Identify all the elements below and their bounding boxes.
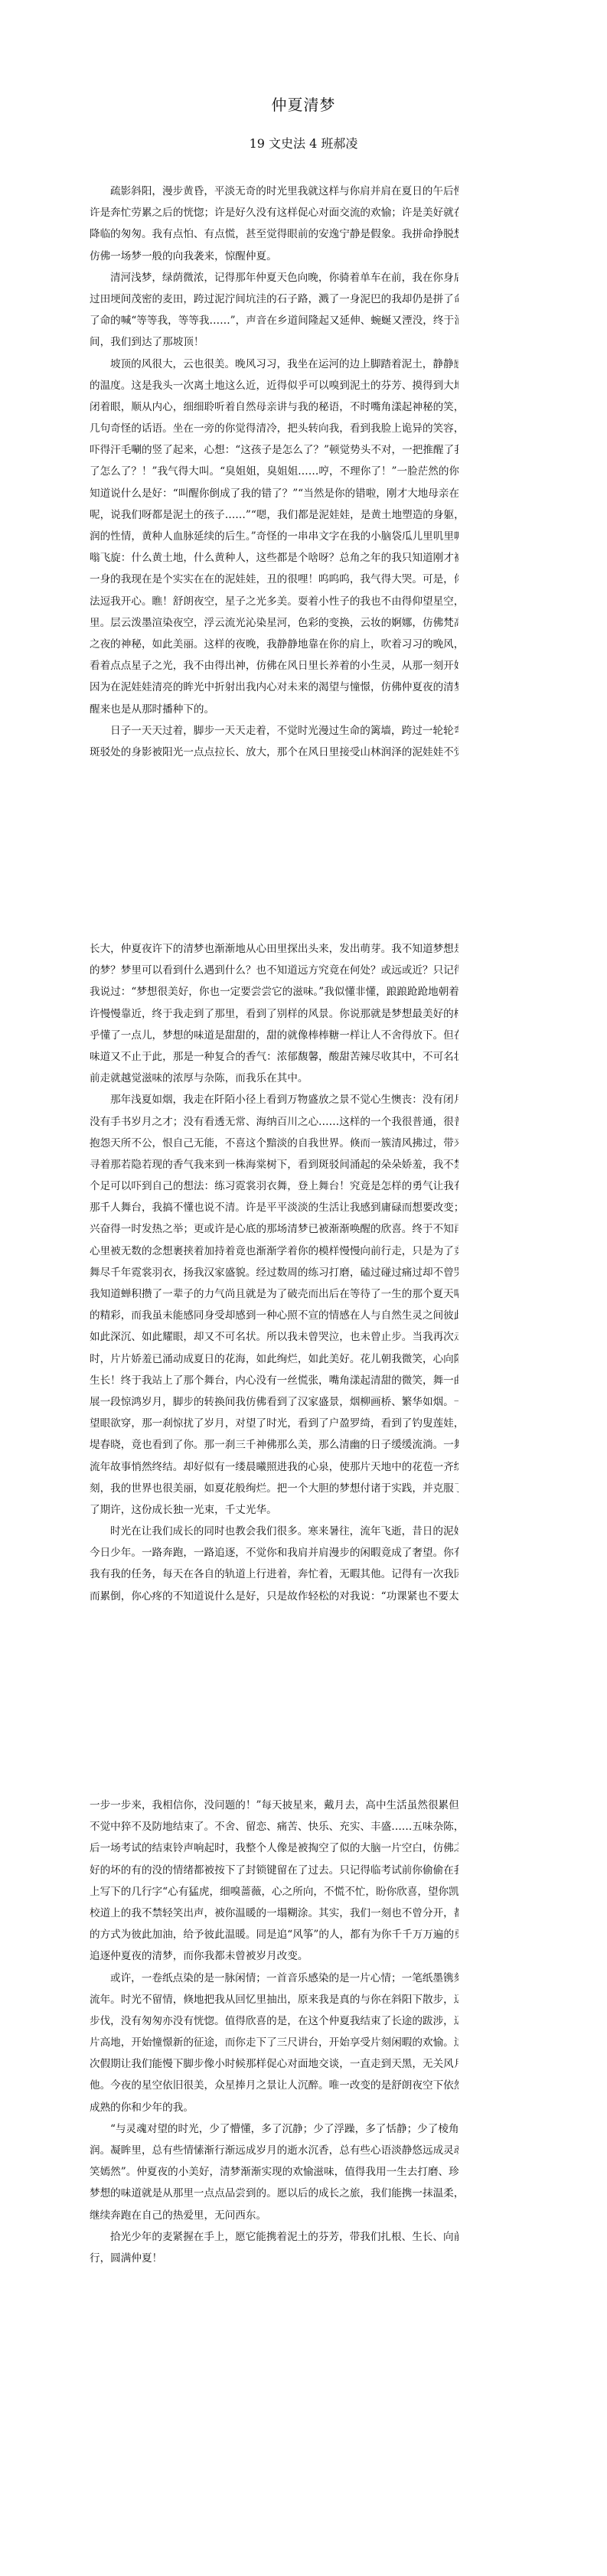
text-line: 的温度。这是我头一次离土地这么近，近得似乎可以嗅到泥土的芬芳、摸得到大地的心跳。 <box>90 375 459 396</box>
text-line: 因为在泥娃娃清亮的眸光中折射出我内心对未来的渴望与憧憬，仿佛仲夏夜的清梦是从那时 <box>90 677 459 698</box>
text-line: 刻，我的世界也很美丽，如夏花般绚烂。把一个大胆的梦想付诸于实践，并克服了困难完成 <box>90 1478 459 1499</box>
text-line: 后一场考试的结束铃声响起时，我整个人像是被掏空了似的大脑一片空白，仿佛之前那些个 <box>90 1837 459 1859</box>
text-line: 那千人舞台，我搞不懂也说不清。许是平平淡淡的生活让我感到庸碌而想要改变；许是头脑 <box>90 1197 459 1218</box>
text-line: 追逐仲夏夜的清梦，而你我都未曾被岁月改变。 <box>90 1945 459 1967</box>
text-line: 抱怨天所不公，恨自己无能，不喜这个黯淡的自我世界。倏而一簇清风拂过，带来片片馨香… <box>90 1133 459 1154</box>
text-line: 的方式为彼此加油，给予彼此温暖。同是追“风筝”的人，都有为你千千万万遍的勇气，一… <box>90 1924 459 1945</box>
text-line: 成熟的你和少年的我。 <box>90 2097 459 2118</box>
text-line: 流年故事悄然终结。却好似有一缕晨曦照进我的心泉，使那片天地中的花苞一齐绽放。那一 <box>90 1456 459 1478</box>
text-line: 日子一天天过着，脚步一天天走着，不觉时光漫过生命的篱墙，跨过一轮轮弯月，树影 <box>90 720 459 742</box>
text-line: 好的坏的有的没的情绪都被按下了封锁键留在了过去。只记得临考试前你偷偷在我试卷扉页 <box>90 1860 459 1881</box>
text-line: 拾光少年的麦紧握在手上，愿它能携着泥土的芬芳，带我们扎根、生长、向前，向梦而 <box>90 2226 459 2248</box>
text-line: 寻着那若隐若现的香气我来到一株海棠树下，看到斑驳间涌起的朵朵娇羞，我不禁萌生出一 <box>90 1154 459 1176</box>
text-line: 许是奔忙劳累之后的恍惚；许是好久没有这样促心对面交流的欢愉；许是美好就在不经意间 <box>90 202 459 223</box>
text-line: 呢，说我们呀都是泥土的孩子……”“嗯，我们都是泥娃娃，是黄土地塑造的身躯，黄河水… <box>90 504 459 526</box>
page-2-body: 长大，仲夏夜许下的清梦也渐渐地从心田里探出头来，发出萌芽。我不知道梦想是个什么样… <box>90 938 459 1607</box>
text-line: 了命的喊“等等我，等等我……”，声音在乡道间隆起又延伸、蜿蜒又湮没，终于消失在田… <box>90 310 459 331</box>
text-line: 清河浅梦，绿荫微浓，记得那年仲夏天色向晚，你骑着单车在前，我在你身后紧追，穿 <box>90 267 459 289</box>
text-line: 如此深沉、如此耀眼，却又不可名状。所以我未曾哭泣，也未曾止步。当我再次走到那小径 <box>90 1326 459 1348</box>
text-line: 继续奔跑在自己的热爱里，无问西东。 <box>90 2205 459 2226</box>
text-line: 嗡飞旋：什么黄土地，什么黄种人，这些都是个啥呀？总角之年的我只知道刚才被泥土溅了 <box>90 547 459 569</box>
text-line: 疏影斜阳，漫步黄昏，平淡无奇的时光里我就这样与你肩并肩在夏日的午后慢慢走过。 <box>90 181 459 202</box>
text-line: 个足可以吓到自己的想法：练习霓裳羽衣舞，登上舞台！究竟是怎样的勇气让我有胆量走上 <box>90 1176 459 1197</box>
text-line: 望眼欲穿，那一刹惊扰了岁月，对望了时光，看到了户盈罗绮，看到了钓叟莲娃，看到了苏 <box>90 1413 459 1434</box>
text-line: 今日少年。一路奔跑，一路追逐，不觉你和我肩并肩漫步的闲暇竟成了奢望。你有你的事业… <box>90 1542 459 1564</box>
text-line: 法逗我开心。瞧！舒朗夜空，星子之光多美。耍着小性子的我也不由得仰望星空，看皓月千 <box>90 591 459 612</box>
text-line: 的精彩，而我虽未能感同身受却感到一种心照不宣的情感在人与自然生灵之间彼此关联着， <box>90 1305 459 1326</box>
text-line: 看着点点星子之光，我不由得出神，仿佛在风日里长养着的小生灵，从那一刻开始发生变化… <box>90 655 459 677</box>
text-line: 了怎么了？！”我气得大叫。“臭姐姐，臭姐姐……哼，不理你了！”一脸茫然的你一时竟… <box>90 461 459 482</box>
page-1-body: 疏影斜阳，漫步黄昏，平淡无奇的时光里我就这样与你肩并肩在夏日的午后慢慢走过。许是… <box>90 181 459 763</box>
text-line: 时光在让我们成长的同时也教会我们很多。寒来暑往，流年飞逝，昔日的泥娃娃已长成 <box>90 1521 459 1542</box>
text-line: 闭着眼，顺从内心，细细聆听着自然母亲讲与我的秘语，不时嘴角漾起神秘的笑，偶尔嘀咕 <box>90 396 459 418</box>
text-line: 润。凝眸里，总有些情愫渐行渐远成岁月的逝水沉香，总有些心语淡静悠远成灵魂深处的巧 <box>90 2140 459 2161</box>
text-line: 坡顶的风很大，云也很美。晚风习习，我坐在运河的边上脚踏着泥土，静静感受着土地 <box>90 354 459 375</box>
text-line: 而累倒，你心疼的不知道说什么是好，只是故作轻松的对我说：“功课紧也不要太拼命，要 <box>90 1586 459 1607</box>
text-line: 我知道蝉积攒了一辈子的力气尚且就是为了破壳而出后在等待了一生的那个夏天唱出自己 <box>90 1283 459 1305</box>
text-line: “与灵魂对望的时光，少了懵懂，多了沉静；少了浮躁，多了恬静；少了棱角，多了圆 <box>90 2118 459 2140</box>
text-line: 仿佛一场梦一般的向我袭来，惊醒仲夏。 <box>90 246 459 267</box>
text-line: 里。层云泼墨渲染夜空，浮云流光沁染星河，色彩的变换，云妆的婀娜，仿佛梵高笔下星空 <box>90 612 459 634</box>
text-line: 味道又不止于此，那是一种复合的香气：浓郁馥馨，酸甜苦辣尽收其中，不可名状，越是往 <box>90 1046 459 1068</box>
text-line: 没有手书岁月之才；没有看透无常、海纳百川之心……这样的一个我很普通，很普通。会去 <box>90 1111 459 1133</box>
text-line: 流年。时光不留情，倏地把我从回忆里抽出，原来我是真的与你在斜阳下散步，迈着清闲地 <box>90 1989 459 2010</box>
text-line: 前走就越觉滋味的浓厚与杂陈，而我乐在其中。 <box>90 1068 459 1089</box>
text-line: 长大，仲夏夜许下的清梦也渐渐地从心田里探出头来，发出萌芽。我不知道梦想是个什么样 <box>90 938 459 960</box>
text-line: 许慢慢靠近，终于我走到了那里，看到了别样的风景。你说那就是梦想最美好的样子。我似 <box>90 1003 459 1025</box>
text-line: 行，圆满仲夏！ <box>90 2248 459 2269</box>
text-line: 片高地，开始憧憬新的征途，而你走下了三尺讲台，开始享受片刻闲暇的欢愉。这难得的一 <box>90 2032 459 2053</box>
text-line: 了期许，这份成长独一光束，千丈光华。 <box>90 1499 459 1521</box>
text-line: 或许，一卷纸点染的是一脉闲情；一首音乐感染的是一片心情；一笔纸墨镌刻的是似水 <box>90 1968 459 1989</box>
text-line: 吓得汗毛唰的竖了起来，心想：“这孩子是怎么了？”顿觉势头不对，一把推醒了我。“怎… <box>90 439 459 461</box>
text-line: 梦想的味道就是从那里一点点品尝到的。愿以后的成长之旅，我们能携一抹温柔，淡守恬静… <box>90 2183 459 2204</box>
text-line: 过田埂间茂密的麦田，跨过泥泞间坑洼的石子路，溅了一身泥巴的我却仍是拼了命的追，没 <box>90 289 459 310</box>
text-line: 次假期让我们能慢下脚步像小时候那样促心对面地交谈，一直走到天黑，无关风月亦无关其 <box>90 2053 459 2075</box>
text-line: 时，片片娇羞已涌动成夏日的花海，如此绚烂，如此美好。花儿朝我微笑，心向阳光，不惧 <box>90 1348 459 1370</box>
text-line: 上写下的几行字“心有猛虎，细嗅蔷薇，心之所向，不慌不忙，盼你欣喜，望你凯旋！”走… <box>90 1881 459 1903</box>
document-title: 仲夏清梦 <box>0 95 607 115</box>
text-line: 堤春晓，竟也看到了你。那一刹三千神佛那么美，那么清幽的日子缓缓流淌。一舞毕，一段 <box>90 1434 459 1456</box>
text-line: 间，我们到达了那坡顶！ <box>90 331 459 353</box>
text-line: 知道说什么是好：“叫醒你倒成了我的错了？”“当然是你的错啦，刚才大地母亲在同我说… <box>90 483 459 504</box>
page-3-body: 一步一步来，我相信你，没问题的！”每天披星来，戴月去，高中生活虽然很累但也在不知… <box>90 1795 459 2269</box>
text-line: 几句奇怪的话语。坐在一旁的你觉得清冷，把头转向我，看到我脸上诡异的笑容，不觉阴森 <box>90 418 459 439</box>
text-line: 校道上的我不禁轻笑出声，被你温暖的一塌糊涂。其实，我们一刻也不曾分开，都在用各自 <box>90 1903 459 1924</box>
text-line: 兴奋得一时发热之举；更或许是心底的那场清梦已被渐渐唤醒的欣喜。终于不知再也不知， <box>90 1218 459 1240</box>
text-line: 不觉中猝不及防地结束了。不舍、留恋、痛苦、快乐、充实、丰盛……五味杂陈，当高考最 <box>90 1816 459 1837</box>
text-line: 之夜的神秘，如此美丽。这样的夜晚，我静静地靠在你的肩上，吹着习习的晚风，仰望星空 <box>90 634 459 655</box>
text-line: 他。今夜的星空依旧很美，众星捧月之景让人沉醉。唯一改变的是舒朗夜空下依然行走着的 <box>90 2075 459 2096</box>
text-line: 润的性情，黄种人血脉延续的后生。”奇怪的一串串文字在我的小脑袋瓜儿里叽里呱啦地嗡 <box>90 526 459 547</box>
text-line: 醒来也是从那时播种下的。 <box>90 699 459 720</box>
text-line: 一身的我现在是个实实在在的泥娃娃，丑的很哩！呜呜呜，我气得大哭。可是，你总是有办 <box>90 569 459 590</box>
text-line: 舞尽千年霓裳羽衣，扬我汉家盛貌。经过数周的练习打磨，磕过碰过痛过却不曾哭过，因为 <box>90 1262 459 1283</box>
text-line: 那年浅夏如烟，我走在阡陌小径上看到万物盛放之景不觉心生懊丧：没有闭月羞花之容； <box>90 1089 459 1110</box>
text-line: 展一段惊鸿岁月，脚步的转换间我仿佛看到了汉家盛景，烟柳画桥、繁华如烟。一眼千年， <box>90 1391 459 1413</box>
text-line: 生长！终于我站上了那个舞台，内心没有一丝慌张，嘴角漾起清甜的微笑，舞一曲霓裳羽衣… <box>90 1370 459 1391</box>
text-line: 的梦？梦里可以看到什么遇到什么？也不知道远方究竟在何处？或远或近？只记得你曾跟 <box>90 960 459 981</box>
text-line: 步伐，没有匆匆亦没有恍惚。值得欣喜的是，在这个仲夏我结束了长途的跋涉，迈上了另一 <box>90 2010 459 2032</box>
text-line: 我说过：“梦想很美好，你也一定要尝尝它的滋味。”我似懂非懂，踉踉跄跄地朝着自己的… <box>90 981 459 1003</box>
document-author: 19 文史法 4 班郝凌 <box>0 135 607 153</box>
text-line: 一步一步来，我相信你，没问题的！”每天披星来，戴月去，高中生活虽然很累但也在不知 <box>90 1795 459 1816</box>
text-line: 我有我的任务，每天在各自的轨道上行进着，奔忙着，无暇其他。记得有一次我因为太冒进 <box>90 1564 459 1585</box>
text-line: 心里被无数的念想裹挟着加持着竟也渐渐学着你的模样慢慢向前行走，只是为了竞演当天能 <box>90 1241 459 1262</box>
text-line: 斑驳处的身影被阳光一点点拉长、放大，那个在风日里接受山林润泽的泥娃娃不觉也一点点 <box>90 742 459 763</box>
text-line: 笑嫣然”。仲夏夜的小美好，清梦渐渐实现的欢愉滋味，值得我用一生去打磨、珍藏，或许 <box>90 2161 459 2183</box>
text-line: 乎懂了一点儿，梦想的味道是甜甜的，甜的就像棒棒糖一样让人不舍得放下。但在梦里它的 <box>90 1025 459 1046</box>
text-line: 降临的匆匆。我有点怕、有点慌，甚至觉得眼前的安逸宁静是假象。我拼命挣脱想要逃跑， <box>90 223 459 245</box>
